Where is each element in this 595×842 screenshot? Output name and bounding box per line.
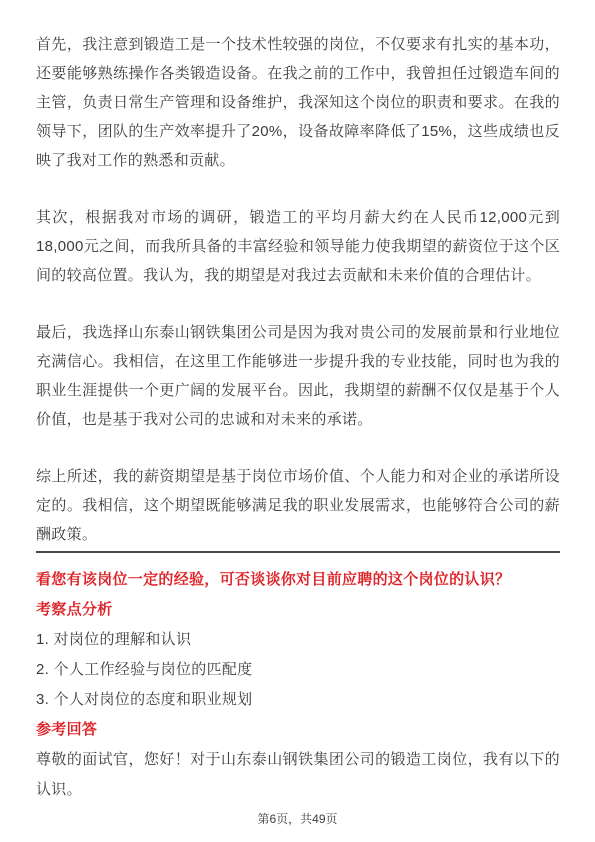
document-page: 首先，我注意到锻造工是一个技术性较强的岗位，不仅要求有扎实的基本功，还要能够熟练… xyxy=(0,0,595,842)
page-number-indicator: 第6页，共49页 xyxy=(257,812,337,826)
paragraph-salary-research: 其次，根据我对市场的调研，锻造工的平均月薪大约在人民币12,000元到18,00… xyxy=(36,203,560,290)
paragraph-company-choice: 最后，我选择山东泰山钢铁集团公司是因为我对贵公司的发展前景和行业地位充满信心。我… xyxy=(36,318,560,434)
answer-intro-paragraph: 尊敬的面试官，您好！对于山东泰山钢铁集团公司的锻造工岗位，我有以下的认识。 xyxy=(36,745,560,805)
analysis-point-3: 3. 个人对岗位的态度和职业规划 xyxy=(36,685,560,714)
question-heading: 看您有该岗位一定的经验，可否谈谈你对目前应聘的这个岗位的认识？ xyxy=(36,565,560,595)
answer-heading: 参考回答 xyxy=(36,715,560,745)
paragraph-position-experience: 首先，我注意到锻造工是一个技术性较强的岗位，不仅要求有扎实的基本功，还要能够熟练… xyxy=(36,30,560,175)
page-footer: 第6页，共49页 xyxy=(0,812,595,826)
analysis-point-2: 2. 个人工作经验与岗位的匹配度 xyxy=(36,655,560,684)
analysis-points-list: 1. 对岗位的理解和认识 2. 个人工作经验与岗位的匹配度 3. 个人对岗位的态… xyxy=(36,625,560,714)
paragraph-summary: 综上所述，我的薪资期望是基于岗位市场价值、个人能力和对企业的承诺所设定的。我相信… xyxy=(36,462,560,549)
section-divider xyxy=(36,551,560,553)
analysis-point-1: 1. 对岗位的理解和认识 xyxy=(36,625,560,654)
analysis-heading: 考察点分析 xyxy=(36,595,560,625)
